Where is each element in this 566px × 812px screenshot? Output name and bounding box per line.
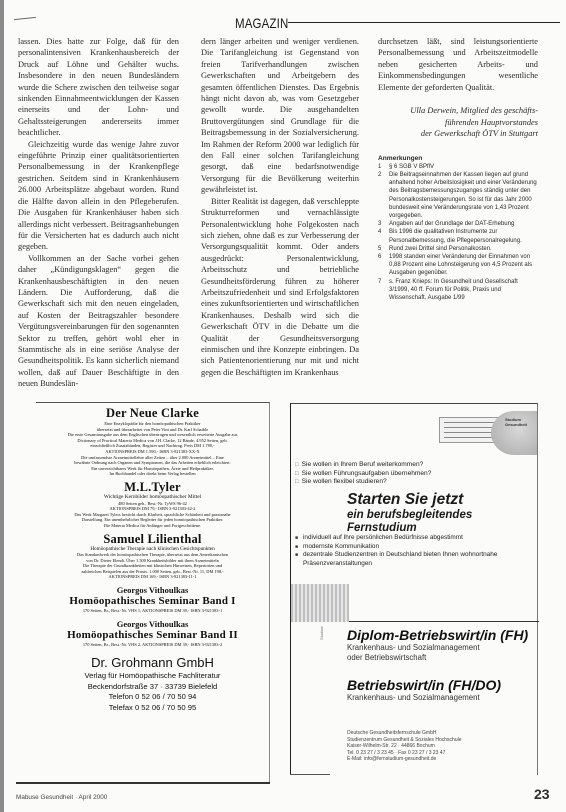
note-item: 7s. Franz Knieps: In Gesundheit und Gese… — [378, 278, 538, 303]
benefit-item: individuell auf Ihre persönlichen Bedürf… — [295, 534, 531, 543]
headline-sub: ein berufsbegleitendes Fernstudium — [347, 509, 537, 535]
ad-block-tyler: M.L.Tyler Wichtige Kernbilder homöopathi… — [36, 480, 269, 529]
author-line: führenden Hauptvorstandes — [378, 117, 538, 129]
contact-line: Tel. 0 23 27 / 3 23 45 · Fax 0 23 27 / 3… — [347, 750, 462, 757]
author-line: Ulla Derwein, Mitglied des geschäfts- — [378, 105, 538, 117]
advert-homeopathy-books: Der Neue Clarke Eine Enzyklopädie für de… — [36, 402, 270, 784]
book-title: Homöopathisches Seminar Band I — [36, 595, 269, 608]
paragraph: Gleichzeitig wurde das wenige Jahre zuvo… — [18, 139, 179, 253]
publication-footer: Mabuse Gesundheit · April 2000 — [16, 794, 107, 801]
ad-line: AKTIONSPREIS DM 169,- ISBN 3-921383-11-1 — [36, 574, 269, 580]
degree-subtitle: Krankenhaus- und Sozialmanagement — [347, 693, 501, 703]
page-header: MAGAZIN — [0, 14, 566, 34]
advert-distance-learning: Studium Gesundheit Sie wollen in Ihrem B… — [290, 403, 538, 775]
publisher-block: Dr. Grohmann GmbH Verlag für Homöopathis… — [36, 655, 269, 713]
benefit-item: modernste Kommunikation — [295, 543, 531, 552]
note-item: 3Angaben auf der Grundlage der DAT-Erheb… — [378, 220, 538, 228]
contact-line: Deutsche Gesundheitsfernschule GmbH — [347, 730, 462, 737]
checklist-item: Sie wollen Führungsaufgaben übernehmen? — [295, 470, 431, 479]
ad-bottom-rule — [16, 782, 270, 784]
checklist-item: Sie wollen flexibel studieren? — [295, 478, 431, 487]
author-credit: Ulla Derwein, Mitglied des geschäfts- fü… — [378, 105, 538, 140]
book-title: Homöopathisches Seminar Band II — [36, 629, 269, 642]
brochure-image: Studium Gesundheit — [439, 411, 537, 457]
benefit-item: dezentrale Studienzentren in Deutschland… — [295, 551, 531, 568]
ad-line: 170 Seiten, Br., Best.-Nr. VHS 2, AKTION… — [36, 642, 269, 648]
contact-line: Studienzentrum Gesundheit & Soziales Hoc… — [347, 737, 462, 744]
note-item: 61998 standen einer Veränderung der Einn… — [378, 253, 538, 278]
ad-line: Im Buchhandel oder direkt beim Verlag be… — [36, 471, 269, 477]
notes-heading: Anmerkungen — [378, 154, 538, 163]
checklist-item: Sie wollen in Ihrem Beruf weiterkommen? — [295, 461, 431, 470]
brochure-badge: Studium Gesundheit — [491, 411, 537, 455]
ad-block-lilienthal: Samuel Lilienthal Homöopathische Therapi… — [36, 532, 269, 581]
ad-line: Die erste Gesamtausgabe aus dem Englisch… — [36, 432, 269, 438]
ad-block-clarke: Der Neue Clarke Eine Enzyklopädie für de… — [36, 406, 269, 477]
photo-caption: Studium — [320, 626, 324, 640]
degree-betriebswirt: Betriebswirt/in (FH/DO) Krankenhaus- und… — [347, 677, 501, 703]
book-author: Georgos Vithoulkas — [36, 619, 269, 629]
question-checklist: Sie wollen in Ihrem Beruf weiterkommen? … — [295, 461, 431, 487]
paragraph: dern länger arbeiten und weniger verdien… — [201, 36, 359, 196]
book-title: M.L.Tyler — [36, 480, 269, 495]
divider — [349, 621, 539, 622]
ad-line: Die Materia Medica für Anfänger und Fort… — [36, 523, 269, 529]
page-spine-shadow — [0, 0, 4, 812]
paragraph: durchsetzen läßt, sind leistungsorientie… — [378, 36, 538, 93]
brochure-card — [439, 417, 499, 443]
note-item: 1§ 6 SGB V BPflV — [378, 163, 538, 171]
page-number: 23 — [534, 786, 550, 802]
author-line: der Gewerkschaft ÖTV in Stuttgart — [378, 128, 538, 140]
notes-list: 1§ 6 SGB V BPflV 2Die Beitragseinnahmen … — [378, 163, 538, 302]
publisher-phone: Telefon 0 52 06 / 70 50 94 — [36, 692, 269, 703]
publisher-address: Beckendorfstraße 37 · 33739 Bielefeld — [36, 682, 269, 693]
paragraph: Vollkommen an der Sache vorbei gehen dah… — [18, 253, 179, 390]
degree-subtitle: Krankenhaus- und Sozialmanagement — [347, 643, 528, 653]
building-photo — [291, 584, 349, 622]
ad-line: 170 Seiten, Br., Best.-Nr. VHS 1, AKTION… — [36, 608, 269, 614]
ad-block-vithoulkas-1: Georgos Vithoulkas Homöopathisches Semin… — [36, 585, 269, 614]
contact-line: E-Mail: info@fernstudium-gesundheit.de — [347, 756, 462, 763]
publisher-name: Dr. Grohmann GmbH — [36, 655, 269, 671]
article-column-2: dern länger arbeiten und weniger verdien… — [201, 36, 359, 378]
paragraph: Bitter Realität ist dagegen, daß verschl… — [201, 196, 359, 379]
article-column-1: lassen. Dies hatte zur Folge, daß für de… — [18, 36, 179, 390]
ad-block-vithoulkas-2: Georgos Vithoulkas Homöopathisches Semin… — [36, 619, 269, 648]
header-rule — [288, 22, 560, 23]
contact-block: Deutsche Gesundheitsfernschule GmbH Stud… — [347, 730, 462, 763]
ad-bottom-rule — [290, 774, 330, 775]
ad-headline: Starten Sie jetzt ein berufsbegleitendes… — [347, 491, 537, 535]
book-title: Der Neue Clarke — [36, 406, 269, 421]
headline-main: Starten Sie jetzt — [347, 491, 537, 509]
section-title: MAGAZIN — [235, 15, 288, 31]
publisher-subtitle: Verlag für Homöopathische Fachliteratur — [36, 671, 269, 682]
note-item: 4Bis 1996 die qualitativen Instrumente z… — [378, 228, 538, 244]
benefit-list: individuell auf Ihre persönlichen Bedürf… — [295, 534, 531, 568]
publisher-fax: Telefax 0 52 06 / 70 50 95 — [36, 703, 269, 714]
degree-subtitle: oder Betriebswirtschaft — [347, 653, 528, 663]
degree-title: Betriebswirt/in (FH/DO) — [347, 677, 501, 693]
note-item: 5Rund zwei Drittel sind Personalkosten. — [378, 245, 538, 253]
degree-title: Diplom-Betriebswirt/in (FH) — [347, 627, 528, 643]
book-title: Samuel Lilienthal — [36, 532, 269, 547]
contact-line: Kaiser-Wilhelm-Str. 22 · 44866 Bochum — [347, 743, 462, 750]
book-author: Georgos Vithoulkas — [36, 585, 269, 595]
article-column-3: durchsetzen läßt, sind leistungsorientie… — [378, 36, 538, 302]
degree-diplom: Diplom-Betriebswirt/in (FH) Krankenhaus-… — [347, 627, 528, 662]
note-item: 2Die Beitragseinnahmen der Kassen liegen… — [378, 171, 538, 220]
paragraph: lassen. Dies hatte zur Folge, daß für de… — [18, 36, 179, 139]
